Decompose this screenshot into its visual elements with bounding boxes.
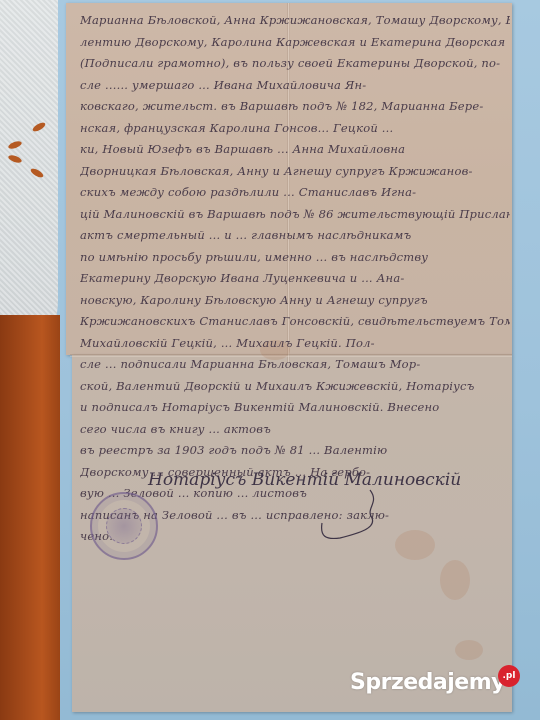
- text-line: Марианна Бѣловской, Анна Кржижановская, …: [80, 10, 510, 32]
- notary-seal-stamp: [90, 492, 158, 560]
- text-line: актъ смертельный ... и ... главнымъ насл…: [80, 225, 510, 247]
- text-line: ковскаго, жительст. въ Варшавѣ подъ № 18…: [80, 96, 510, 118]
- text-line: новскую, Каролину Бѣловскую Анну и Агнеш…: [80, 290, 510, 312]
- watermark-logo: Sprzedajemy: [350, 670, 505, 695]
- text-line: въ реестръ за 1903 годъ подъ № 81 ... Ва…: [80, 440, 510, 462]
- white-cloth: [0, 0, 58, 340]
- eagle-emblem-icon: [106, 508, 142, 544]
- text-line: по имѣнію просьбу рѣшили, именно ... въ …: [80, 247, 510, 269]
- paper-stain: [440, 560, 470, 600]
- text-line: цій Малиновскій въ Варшавѣ подъ № 86 жит…: [80, 204, 510, 226]
- text-line: Кржижановскихъ Станиславъ Гонсовскій, св…: [80, 311, 510, 333]
- text-line: и подписалъ Нотаріусъ Викентій Малиновск…: [80, 397, 510, 419]
- cloth-cutout: [31, 121, 46, 133]
- notary-signature: Нотаріусъ Викентій Малиновскій: [148, 470, 461, 490]
- handwritten-text: Марианна Бѣловской, Анна Кржижановская, …: [80, 10, 510, 548]
- signature-flourish-icon: [310, 488, 390, 548]
- text-line: сле ... подписали Марианна Бѣловская, То…: [80, 354, 510, 376]
- text-line: скихъ между собою раздѣлили ... Станисла…: [80, 182, 510, 204]
- cloth-cutout: [29, 167, 44, 179]
- text-line: сле ...... умершаго ... Ивана Михайлович…: [80, 75, 510, 97]
- text-line: лентию Дворскому, Каролина Каржевская и …: [80, 32, 510, 54]
- paper-stain: [455, 640, 483, 660]
- watermark-badge: .pl: [498, 665, 520, 687]
- text-line: Дворницкая Бѣловская, Анну и Агнешу супр…: [80, 161, 510, 183]
- text-line: ской, Валентий Дворскій и Михаилъ Кжижев…: [80, 376, 510, 398]
- text-line: ки, Новый Юзефъ въ Варшавѣ ... Анна Миха…: [80, 139, 510, 161]
- text-line: (Подписали грамотно), въ пользу своей Ек…: [80, 53, 510, 75]
- text-line: Михайловскій Гецкій, ... Михаилъ Гецкій.…: [80, 333, 510, 355]
- text-line: нская, французская Каролина Гонсов... Ге…: [80, 118, 510, 140]
- wooden-table: [0, 315, 60, 720]
- text-line: Екатерину Дворскую Ивана Луценкевича и .…: [80, 268, 510, 290]
- text-line: сего числа въ книгу ... актовъ: [80, 419, 510, 441]
- cloth-cutout: [7, 154, 22, 164]
- cloth-cutout: [7, 140, 22, 150]
